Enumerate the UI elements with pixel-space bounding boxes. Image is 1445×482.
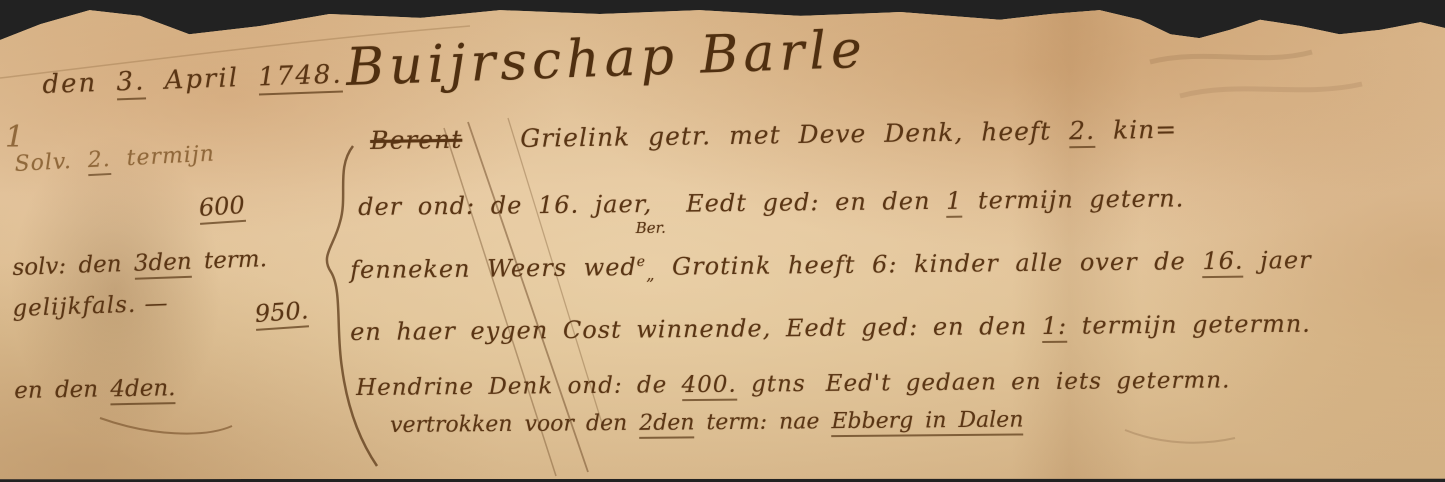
manuscript-scan: den 3. April 1748. Buijrschap Barle 1 So… bbox=[0, 0, 1445, 482]
text-segment: Eedt ged: en den bbox=[686, 187, 946, 218]
text-segment: gtns bbox=[737, 371, 806, 398]
text-segment: Solv. bbox=[14, 148, 88, 177]
text-segment: term: nae bbox=[694, 409, 831, 435]
text-segment: termijn getermn. bbox=[1067, 310, 1311, 340]
bleedthrough-mark-2 bbox=[1180, 84, 1362, 96]
date-year: 1748. bbox=[258, 60, 344, 96]
term-number: 4den. bbox=[110, 375, 176, 405]
bleedthrough-mark-3 bbox=[1125, 430, 1235, 443]
text-segment: termijn getern. bbox=[962, 184, 1184, 214]
text-segment: en den bbox=[14, 376, 111, 404]
margin-note-underline-swash bbox=[100, 418, 232, 434]
text-segment: vertrokken voor den bbox=[390, 411, 639, 438]
children-count: 2. bbox=[1069, 116, 1095, 148]
amount-400: 400. bbox=[681, 372, 736, 401]
bleedthrough-mark-1 bbox=[1150, 52, 1312, 62]
text-segment: term. bbox=[191, 246, 267, 275]
entry-denk-line2: vertrokken voor den 2den term: nae Ebber… bbox=[390, 407, 1024, 438]
insertion-caret: „ bbox=[646, 265, 655, 284]
term-number: 1: bbox=[1042, 312, 1068, 343]
folio-mark: 1 bbox=[5, 120, 24, 155]
amount-value: 950. bbox=[254, 296, 309, 331]
text-segment: jaer bbox=[1243, 246, 1311, 275]
amount-600: 600 bbox=[198, 191, 246, 222]
inserted-word: Ber. bbox=[636, 219, 666, 237]
insertion-mark: „Ber. bbox=[646, 253, 656, 281]
text-segment: der ond: de 16. jaer, bbox=[358, 190, 652, 221]
text-segment: kin= bbox=[1095, 115, 1178, 145]
date-day: 3. bbox=[116, 66, 146, 100]
date-prefix: den bbox=[42, 67, 117, 100]
superscript-e: e bbox=[637, 254, 646, 270]
term-number: 1 bbox=[946, 187, 963, 218]
parchment-page: den 3. April 1748. Buijrschap Barle 1 So… bbox=[0, 0, 1445, 482]
text-segment: fenneken Weers wed bbox=[350, 253, 637, 284]
amount-value: 600 bbox=[198, 191, 246, 225]
term-number: 2den bbox=[639, 410, 695, 438]
term-number: 3den bbox=[133, 249, 192, 280]
margin-note-fourth-term: en den 4den. bbox=[14, 375, 176, 404]
text-segment: Eed't gedaen en iets getermn. bbox=[826, 367, 1231, 397]
struck-name: Berent bbox=[370, 125, 462, 155]
term-number: 2. bbox=[87, 147, 111, 176]
text-segment: solv: den bbox=[12, 251, 134, 281]
amount-950: 950. bbox=[254, 296, 309, 328]
margin-note-third-term-line2: gelijkfals. — bbox=[12, 291, 169, 322]
date-month: April bbox=[145, 62, 259, 96]
destination-place: Ebberg in Dalen bbox=[831, 407, 1023, 437]
age-number: 16. bbox=[1202, 247, 1243, 278]
text-segment: Grotink heeft 6: kinder alle over de bbox=[655, 247, 1202, 281]
text-segment: Hendrine Denk ond: de bbox=[356, 372, 682, 401]
